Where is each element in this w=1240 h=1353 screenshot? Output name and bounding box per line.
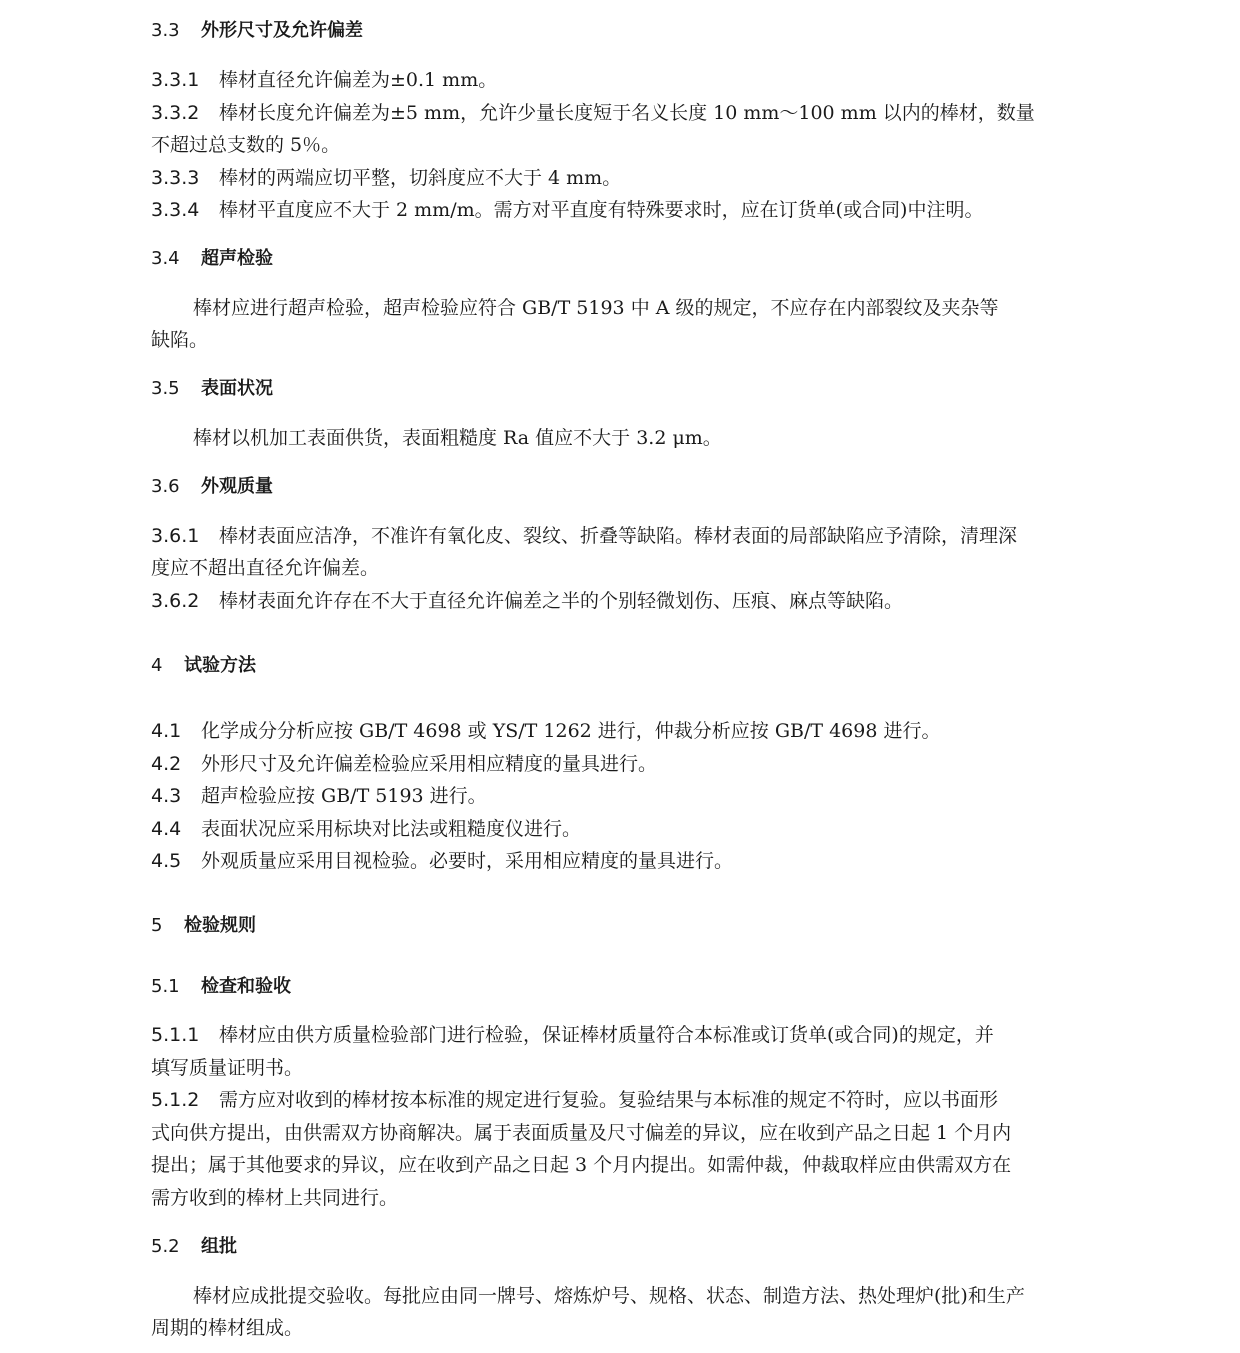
paragraph-text: 棒材以机加工表面供货，表面粗糙度 Ra 值应不大于 3.2 μm。 xyxy=(193,427,722,449)
paragraph-5-2: 棒材应成批提交验收。每批应由同一牌号、熔炼炉号、规格、状态、制造方法、热处理炉(… xyxy=(193,1284,1025,1308)
section-title: 组批 xyxy=(201,1236,237,1257)
clause-text: 不超过总支数的 5％。 xyxy=(151,134,340,156)
clause-text: 棒材直径允许偏差为±0.1 mm。 xyxy=(219,69,497,91)
clause-number: 3.6.1 xyxy=(151,524,219,548)
chapter-number: 5 xyxy=(151,914,184,938)
paragraph-text: 缺陷。 xyxy=(151,329,208,351)
clause-text: 超声检验应按 GB/T 5193 进行。 xyxy=(201,785,487,807)
section-number: 5.1 xyxy=(151,975,201,999)
clause-4-1: 4.1化学成分分析应按 GB/T 4698 或 YS/T 1262 进行，仲裁分… xyxy=(151,719,940,743)
section-title: 超声检验 xyxy=(201,248,273,269)
section-title: 检查和验收 xyxy=(201,976,291,997)
paragraph-5-2-cont: 周期的棒材组成。 xyxy=(151,1316,303,1340)
section-title: 表面状况 xyxy=(201,378,273,399)
clause-text: 棒材的两端应切平整，切斜度应不大于 4 mm。 xyxy=(219,167,621,189)
clause-4-2: 4.2外形尺寸及允许偏差检验应采用相应精度的量具进行。 xyxy=(151,752,657,776)
clause-text: 棒材平直度应不大于 2 mm/m。需方对平直度有特殊要求时，应在订货单(或合同)… xyxy=(219,199,983,221)
section-title: 外观质量 xyxy=(201,476,273,497)
clause-5-1-2-cont-2: 提出；属于其他要求的异议，应在收到产品之日起 3 个月内提出。如需仲裁，仲裁取样… xyxy=(151,1153,1011,1177)
chapter-title: 试验方法 xyxy=(184,655,256,676)
clause-3-3-2: 3.3.2棒材长度允许偏差为±5 mm，允许少量长度短于名义长度 10 mm～1… xyxy=(151,101,1035,125)
clause-5-1-2-cont-1: 式向供方提出，由供需双方协商解决。属于表面质量及尺寸偏差的异议，应在收到产品之日… xyxy=(151,1121,1011,1145)
clause-number: 4.1 xyxy=(151,719,201,743)
clause-text: 棒材长度允许偏差为±5 mm，允许少量长度短于名义长度 10 mm～100 mm… xyxy=(219,102,1035,124)
section-number: 5.2 xyxy=(151,1235,201,1259)
chapter-heading-4: 4试验方法 xyxy=(151,654,256,678)
clause-5-1-2: 5.1.2需方应对收到的棒材按本标准的规定进行复验。复验结果与本标准的规定不符时… xyxy=(151,1088,998,1112)
clause-text: 表面状况应采用标块对比法或粗糙度仪进行。 xyxy=(201,818,581,840)
section-title: 外形尺寸及允许偏差 xyxy=(201,20,363,41)
clause-number: 4.3 xyxy=(151,784,201,808)
clause-5-1-1-cont: 填写质量证明书。 xyxy=(151,1056,303,1080)
clause-text: 式向供方提出，由供需双方协商解决。属于表面质量及尺寸偏差的异议，应在收到产品之日… xyxy=(151,1122,1011,1144)
clause-number: 3.3.4 xyxy=(151,198,219,222)
clause-number: 3.6.2 xyxy=(151,589,219,613)
clause-text: 填写质量证明书。 xyxy=(151,1057,303,1079)
clause-text: 提出；属于其他要求的异议，应在收到产品之日起 3 个月内提出。如需仲裁，仲裁取样… xyxy=(151,1154,1011,1176)
chapter-heading-5: 5检验规则 xyxy=(151,914,256,938)
paragraph-3-5: 棒材以机加工表面供货，表面粗糙度 Ra 值应不大于 3.2 μm。 xyxy=(193,426,722,450)
chapter-number: 4 xyxy=(151,654,184,678)
clause-text: 度应不超出直径允许偏差。 xyxy=(151,557,379,579)
clause-text: 棒材表面允许存在不大于直径允许偏差之半的个别轻微划伤、压痕、麻点等缺陷。 xyxy=(219,590,903,612)
clause-3-3-1: 3.3.1棒材直径允许偏差为±0.1 mm。 xyxy=(151,68,497,92)
paragraph-text: 棒材应成批提交验收。每批应由同一牌号、熔炼炉号、规格、状态、制造方法、热处理炉(… xyxy=(193,1285,1025,1307)
clause-3-6-1-cont: 度应不超出直径允许偏差。 xyxy=(151,556,379,580)
clause-4-3: 4.3超声检验应按 GB/T 5193 进行。 xyxy=(151,784,487,808)
clause-number: 5.1.1 xyxy=(151,1023,219,1047)
clause-number: 4.2 xyxy=(151,752,201,776)
clause-number: 4.4 xyxy=(151,817,201,841)
clause-text: 外形尺寸及允许偏差检验应采用相应精度的量具进行。 xyxy=(201,753,657,775)
paragraph-text: 周期的棒材组成。 xyxy=(151,1317,303,1339)
clause-3-6-1: 3.6.1棒材表面应洁净，不准许有氧化皮、裂纹、折叠等缺陷。棒材表面的局部缺陷应… xyxy=(151,524,1017,548)
clause-3-3-2-cont: 不超过总支数的 5％。 xyxy=(151,133,340,157)
section-number: 3.6 xyxy=(151,475,201,499)
clause-text: 需方应对收到的棒材按本标准的规定进行复验。复验结果与本标准的规定不符时，应以书面… xyxy=(219,1089,998,1111)
section-heading-3-3: 3.3外形尺寸及允许偏差 xyxy=(151,19,363,43)
clause-text: 化学成分分析应按 GB/T 4698 或 YS/T 1262 进行，仲裁分析应按… xyxy=(201,720,940,742)
clause-3-6-2: 3.6.2棒材表面允许存在不大于直径允许偏差之半的个别轻微划伤、压痕、麻点等缺陷… xyxy=(151,589,903,613)
paragraph-3-4: 棒材应进行超声检验，超声检验应符合 GB/T 5193 中 A 级的规定，不应存… xyxy=(193,296,999,320)
section-number: 3.4 xyxy=(151,247,201,271)
paragraph-3-4-cont: 缺陷。 xyxy=(151,328,208,352)
clause-text: 需方收到的棒材上共同进行。 xyxy=(151,1187,398,1209)
clause-text: 棒材应由供方质量检验部门进行检验，保证棒材质量符合本标准或订货单(或合同)的规定… xyxy=(219,1024,994,1046)
clause-text: 棒材表面应洁净，不准许有氧化皮、裂纹、折叠等缺陷。棒材表面的局部缺陷应予清除，清… xyxy=(219,525,1017,547)
paragraph-text: 棒材应进行超声检验，超声检验应符合 GB/T 5193 中 A 级的规定，不应存… xyxy=(193,297,999,319)
clause-number: 4.5 xyxy=(151,849,201,873)
clause-text: 外观质量应采用目视检验。必要时，采用相应精度的量具进行。 xyxy=(201,850,733,872)
clause-number: 5.1.2 xyxy=(151,1088,219,1112)
clause-number: 3.3.1 xyxy=(151,68,219,92)
clause-3-3-3: 3.3.3棒材的两端应切平整，切斜度应不大于 4 mm。 xyxy=(151,166,621,190)
section-number: 3.5 xyxy=(151,377,201,401)
clause-3-3-4: 3.3.4棒材平直度应不大于 2 mm/m。需方对平直度有特殊要求时，应在订货单… xyxy=(151,198,983,222)
section-number: 3.3 xyxy=(151,19,201,43)
section-heading-5-1: 5.1检查和验收 xyxy=(151,975,291,999)
clause-5-1-2-cont-3: 需方收到的棒材上共同进行。 xyxy=(151,1186,398,1210)
section-heading-3-4: 3.4超声检验 xyxy=(151,247,273,271)
section-heading-3-5: 3.5表面状况 xyxy=(151,377,273,401)
clause-4-5: 4.5外观质量应采用目视检验。必要时，采用相应精度的量具进行。 xyxy=(151,849,733,873)
section-heading-5-2: 5.2组批 xyxy=(151,1235,237,1259)
clause-5-1-1: 5.1.1棒材应由供方质量检验部门进行检验，保证棒材质量符合本标准或订货单(或合… xyxy=(151,1023,994,1047)
clause-number: 3.3.2 xyxy=(151,101,219,125)
section-heading-3-6: 3.6外观质量 xyxy=(151,475,273,499)
chapter-title: 检验规则 xyxy=(184,915,256,936)
clause-number: 3.3.3 xyxy=(151,166,219,190)
clause-4-4: 4.4表面状况应采用标块对比法或粗糙度仪进行。 xyxy=(151,817,581,841)
